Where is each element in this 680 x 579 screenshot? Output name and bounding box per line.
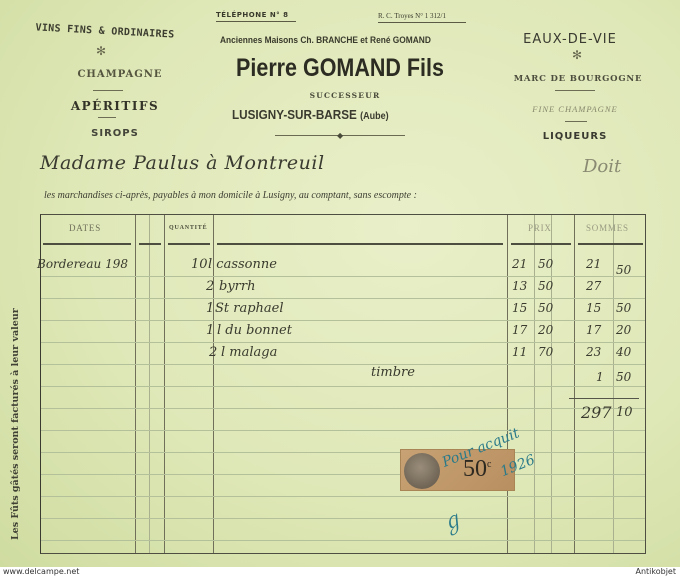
row-price-francs: 21: [512, 257, 527, 271]
row-qty: 2: [209, 345, 217, 360]
trade-registry: R. C. Troyes N° 1 312/1: [378, 12, 466, 23]
letterhead-fine-champagne: FINE CHAMPAGNE: [510, 104, 640, 114]
row-sum-cents: 50: [616, 370, 631, 384]
row-rule: [41, 540, 645, 541]
row-qty: 2: [206, 279, 214, 294]
row-qty: 10: [191, 257, 208, 272]
doit-label: Doit: [583, 156, 621, 177]
column-divider: [149, 215, 150, 553]
divider: [555, 90, 595, 91]
row-price-francs: 17: [512, 323, 527, 337]
row-rule: [41, 342, 645, 343]
header-rule: [43, 243, 131, 245]
row-item: byrrh: [219, 279, 255, 294]
row-item: timbre: [371, 365, 415, 380]
row-price-cents: 20: [538, 323, 553, 337]
header-rule: [217, 243, 503, 245]
row-sum-francs: 23: [586, 345, 601, 359]
row-rule: [41, 518, 645, 519]
divider: [98, 117, 116, 118]
letterhead-aperitifs: APÉRITIFS: [40, 99, 190, 113]
company-name: Pierre GOMAND Fils: [220, 54, 461, 83]
letterhead-syrups: SIROPS: [50, 128, 180, 139]
row-qty: 1: [206, 323, 214, 338]
header-sums: SOMMES: [586, 223, 629, 233]
row-sum-cents: 40: [616, 345, 631, 359]
column-divider: [574, 215, 575, 553]
letterhead-wines: VINS FINS & ORDINAIRES: [30, 22, 180, 41]
column-divider: [534, 215, 535, 553]
row-price-francs: 13: [512, 279, 527, 293]
row-rule: [41, 320, 645, 321]
row-price-francs: 15: [512, 301, 527, 315]
row-price-cents: 50: [538, 301, 553, 315]
diamond-ornament-icon: ◆: [337, 131, 343, 140]
row-rule: [41, 276, 645, 277]
former-houses: Anciennes Maisons Ch. BRANCHE et René GO…: [220, 35, 440, 46]
invoice-document: VINS FINS & ORDINAIRES ✻ CHAMPAGNE APÉRI…: [0, 0, 680, 567]
row-rule: [41, 386, 645, 387]
divider: [565, 121, 587, 122]
customer-name: Madame Paulus à Montreuil: [40, 152, 325, 174]
invoice-table: DATES QUANTITÉ PRIX SOMMES Bordereau 198…: [40, 214, 646, 554]
row-item: l du bonnet: [217, 323, 292, 338]
row-rule: [41, 408, 645, 409]
column-divider: [164, 215, 165, 553]
letterhead-champagne: CHAMPAGNE: [50, 69, 190, 80]
row-item: St raphael: [215, 301, 284, 316]
header-rule: [139, 243, 161, 245]
side-note: Les Fûts gâtés seront facturés à leur va…: [10, 200, 21, 540]
telephone-number: TÉLÉPHONE N° 8: [216, 11, 296, 22]
row-item: l malaga: [221, 345, 277, 360]
row-sum-francs: 21: [586, 257, 601, 271]
company-town: LUSIGNY-SUR-BARSE (Aube): [232, 107, 439, 122]
row-sum-francs: 27: [586, 279, 601, 293]
successor-label: SUCCESSEUR: [290, 91, 400, 100]
row-sum-cents: 50: [616, 263, 631, 277]
total-francs: 297: [581, 403, 612, 422]
column-divider: [135, 215, 136, 553]
header-rule: [168, 243, 210, 245]
row-rule: [41, 496, 645, 497]
row-rule: [41, 430, 645, 431]
row-rule: [41, 474, 645, 475]
row-price-cents: 50: [538, 257, 553, 271]
row-item: l cassonne: [208, 257, 277, 272]
total-rule: [569, 398, 639, 399]
header-quantity: QUANTITÉ: [169, 225, 207, 231]
footer-source: www.delcampe.net: [3, 567, 79, 576]
row-date: Bordereau 198: [37, 257, 128, 271]
row-sum-francs: 15: [586, 301, 601, 315]
ornament-star-icon: ✻: [572, 48, 582, 63]
payment-terms: les marchandises ci-après, payables à mo…: [44, 190, 417, 201]
letterhead-liqueurs: LIQUEURS: [520, 131, 630, 142]
header-dates: DATES: [69, 223, 101, 233]
ornament-star-icon: ✻: [96, 44, 106, 59]
row-price-cents: 70: [538, 345, 553, 359]
town-name: LUSIGNY-SUR-BARSE: [232, 107, 357, 122]
row-sum-francs: 17: [586, 323, 601, 337]
stamp-unit: c: [487, 459, 491, 470]
row-rule: [41, 298, 645, 299]
divider: [93, 90, 123, 91]
letterhead-brandies: EAUX-DE-VIE: [510, 32, 630, 47]
header-rule: [511, 243, 571, 245]
stamp-portrait-icon: [404, 453, 440, 489]
header-rule: [578, 243, 643, 245]
row-qty: 1: [206, 301, 214, 316]
footer-bar: www.delcampe.net Antikobjet: [0, 567, 680, 579]
total-centimes: 10: [616, 405, 633, 420]
header-price: PRIX: [528, 223, 552, 233]
row-sum-francs: 1: [596, 370, 604, 384]
letterhead-marc: MARC DE BOURGOGNE: [488, 74, 668, 84]
row-price-cents: 50: [538, 279, 553, 293]
footer-seller: Antikobjet: [635, 567, 676, 576]
department: (Aube): [360, 111, 389, 122]
column-divider: [613, 215, 614, 553]
row-rule: [41, 364, 645, 365]
row-sum-cents: 20: [616, 323, 631, 337]
row-price-francs: 11: [512, 345, 527, 359]
row-rule: [41, 452, 645, 453]
row-sum-cents: 50: [616, 301, 631, 315]
column-divider: [507, 215, 508, 553]
